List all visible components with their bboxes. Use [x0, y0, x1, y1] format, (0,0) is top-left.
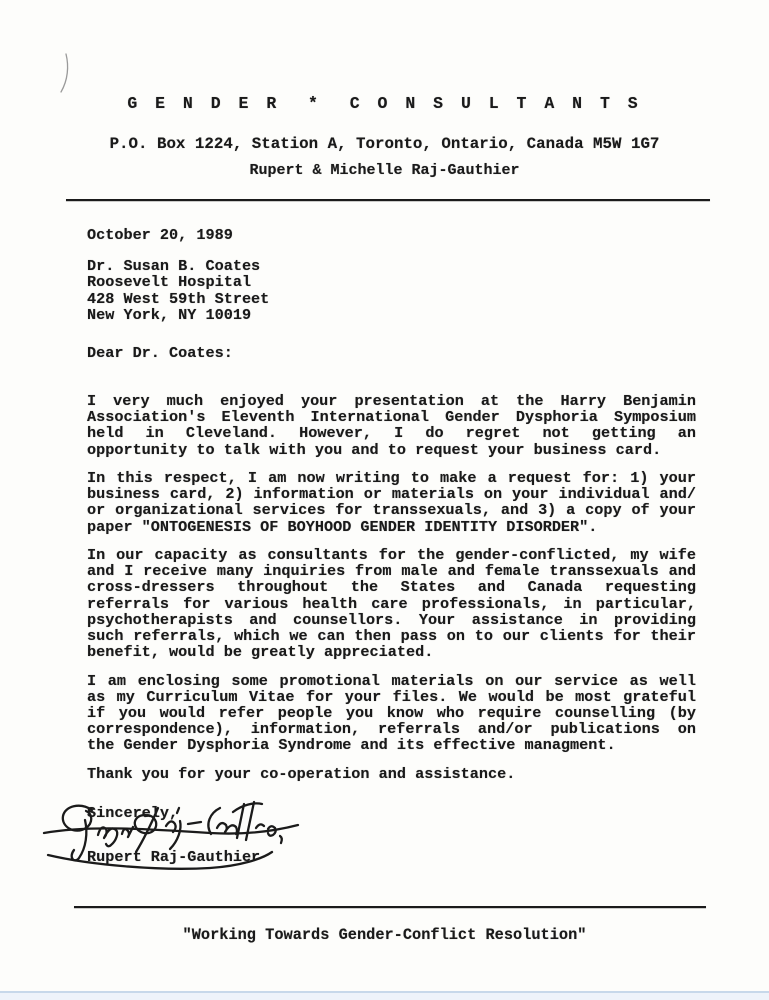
paragraph-line: In this respect, I am now writing to mak…: [87, 470, 696, 486]
paragraph-line: correspondence), information, referrals …: [87, 721, 696, 737]
letterhead-address: P.O. Box 1224, Station A, Toronto, Ontar…: [0, 135, 769, 153]
letter-date: October 20, 1989: [87, 227, 233, 243]
paragraph-line: opportunity to talk with you and to requ…: [87, 442, 696, 458]
paragraph-line: and I receive many inquiries from male a…: [87, 563, 696, 579]
paragraph: In our capacity as consultants for the g…: [87, 547, 696, 660]
body-paragraphs: I very much enjoyed your presentation at…: [87, 393, 696, 794]
letterhead-names: Rupert & Michelle Raj-Gauthier: [0, 162, 769, 179]
footer-divider: [74, 906, 706, 908]
salutation: Dear Dr. Coates:: [87, 345, 233, 361]
scan-scratch-artifact: [56, 52, 72, 94]
paragraph-line: In our capacity as consultants for the g…: [87, 547, 696, 563]
paragraph-line: psychotherapists and counsellors. Your a…: [87, 612, 696, 628]
paragraph-line: benefit, would be greatly appreciated.: [87, 644, 696, 660]
paragraph-line: business card, 2) information or materia…: [87, 486, 696, 502]
recipient-line: New York, NY 10019: [87, 307, 269, 323]
paragraph-line: I very much enjoyed your presentation at…: [87, 393, 696, 409]
recipient-line: Dr. Susan B. Coates: [87, 258, 269, 274]
letter-page: G E N D E R * C O N S U L T A N T S P.O.…: [0, 0, 769, 1000]
paragraph-line: referrals for various health care profes…: [87, 596, 696, 612]
paragraph: I very much enjoyed your presentation at…: [87, 393, 696, 458]
paragraph-line: such referrals, which we can then pass o…: [87, 628, 696, 644]
paragraph-line: Thank you for your co-operation and assi…: [87, 766, 696, 782]
paragraph-line: cross-dressers throughout the States and…: [87, 579, 696, 595]
recipient-line: Roosevelt Hospital: [87, 274, 269, 290]
paragraph-line: Association's Eleventh International Gen…: [87, 409, 696, 425]
scan-bottom-margin: [0, 993, 769, 1000]
letterhead-title: G E N D E R * C O N S U L T A N T S: [0, 94, 769, 113]
paragraph-line: or organizational services for transsexu…: [87, 502, 696, 518]
footer-slogan: "Working Towards Gender-Conflict Resolut…: [0, 926, 769, 944]
recipient-line: 428 West 59th Street: [87, 291, 269, 307]
paragraph-line: the Gender Dysphoria Syndrome and its ef…: [87, 737, 696, 753]
paragraph-line: if you would refer people you know who r…: [87, 705, 696, 721]
paragraph-line: as my Curriculum Vitae for your files. W…: [87, 689, 696, 705]
typed-signer-name: Rupert Raj-Gauthier: [87, 849, 260, 865]
signature-scrawl: [40, 795, 310, 880]
paragraph-line: I am enclosing some promotional material…: [87, 673, 696, 689]
paragraph: Thank you for your co-operation and assi…: [87, 766, 696, 782]
recipient-address-block: Dr. Susan B. CoatesRoosevelt Hospital428…: [87, 258, 269, 323]
paragraph: In this respect, I am now writing to mak…: [87, 470, 696, 535]
letterhead-divider: [66, 199, 710, 201]
paragraph: I am enclosing some promotional material…: [87, 673, 696, 754]
paragraph-line: paper "ONTOGENESIS OF BOYHOOD GENDER IDE…: [87, 519, 696, 535]
paragraph-line: held in Cleveland. However, I do regret …: [87, 425, 696, 441]
